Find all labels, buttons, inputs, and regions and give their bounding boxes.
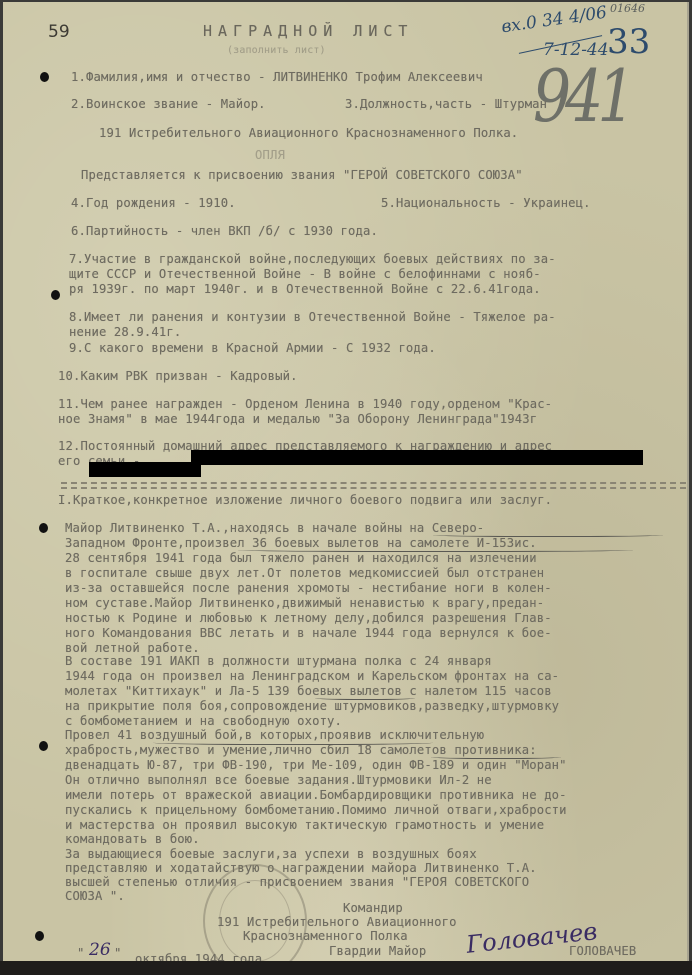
field-position: 3.Должность,часть - Штурман	[345, 97, 547, 111]
narrative-line: на прикрытие поля боя,сопровождение штур…	[65, 699, 559, 713]
date-quote-open: "	[77, 946, 85, 960]
handwritten-corner-number: 01646	[610, 2, 645, 15]
scan-bottom-edge	[0, 961, 692, 975]
narrative-line: представляю и ходатайствую о награждении…	[65, 861, 537, 875]
field-party: 6.Партийность - член ВКП /б/ с 1930 года…	[71, 224, 378, 238]
pen-underline	[315, 695, 415, 700]
narrative-line: ном суставе.Майор Литвиненко,движимый не…	[65, 596, 544, 610]
handwritten-archive-ref: вх.0 34 4/06	[500, 3, 608, 38]
signature-unit-1: 191 Истребительного Авиационного	[217, 915, 457, 929]
punch-hole	[35, 931, 44, 941]
narrative-line: командовать в бою.	[65, 832, 200, 846]
field-full-name: 1.Фамилия,имя и отчество - ЛИТВИНЕНКО Тр…	[71, 70, 483, 84]
narrative-line: За выдающиеся боевые заслуги,за успехи в…	[65, 847, 477, 861]
handwritten-large-number: 941	[533, 55, 630, 139]
narrative-line: в госпитале свыше двух лет.От полетов ме…	[65, 566, 544, 580]
punch-hole	[51, 290, 60, 300]
field-nationality: 5.Национальность - Украинец.	[381, 196, 591, 210]
field-rank: 2.Воинское звание - Майор.	[71, 97, 266, 111]
nomination-line: Представляется к присвоению звания "ГЕРО…	[81, 168, 523, 182]
field-wounds-1: 8.Имеет ли ранения и контузии в Отечеств…	[69, 310, 556, 324]
field-combat-participation-3: ря 1939г. по март 1940г. и в Отечественн…	[69, 282, 541, 296]
narrative-line: и мастерства он проявил высокую тактичес…	[65, 818, 544, 832]
faint-stamp-text: ОПЛЯ	[255, 148, 285, 162]
narrative-line: ностью к Родине и любовью к летному делу…	[65, 611, 552, 625]
signature-rank: Гвардии Майор	[329, 944, 426, 958]
signature-unit-2: Краснознаменного Полка	[243, 929, 408, 943]
narrative-line: 1944 года он произвел на Ленинградском и…	[65, 669, 559, 683]
signature-title: Командир	[343, 901, 403, 915]
pen-underline	[431, 754, 561, 759]
redaction-bar	[89, 462, 201, 477]
narrative-line: СОЮЗА ".	[65, 889, 125, 903]
narrative-line: ного Командования ВВС летать и в начале …	[65, 626, 552, 640]
field-wounds-2: нение 28.9.41г.	[69, 325, 181, 339]
pen-underline	[153, 739, 433, 745]
punch-hole	[39, 741, 48, 751]
narrative-line: имели потерь от вражеской авиации.Бомбар…	[65, 788, 567, 802]
field-birth-year: 4.Год рождения - 1910.	[71, 196, 236, 210]
date-day-handwritten: 26	[89, 940, 111, 960]
section-divider	[61, 482, 686, 489]
narrative-line: вой летной работе.	[65, 641, 200, 655]
narrative-line: Майор Литвиненко Т.А.,находясь в начале …	[65, 521, 484, 535]
pen-underline	[433, 532, 663, 537]
narrative-line: молетах "Киттихаук" и Ла-5 139 боевых вы…	[65, 684, 552, 698]
punch-hole	[40, 72, 49, 82]
sheet-number: 59	[48, 22, 70, 42]
narrative-line: 28 сентября 1941 года был тяжело ранен и…	[65, 551, 537, 565]
narrative-line: В составе 191 ИАКП в должности штурмана …	[65, 654, 492, 668]
redaction-bar	[191, 450, 643, 465]
document-title: НАГРАДНОЙ ЛИСТ	[203, 22, 413, 40]
punch-hole	[39, 523, 48, 533]
pen-underline	[238, 547, 633, 552]
field-previous-awards-2: ное Знамя" в мае 1944года и медалью "За …	[58, 412, 537, 426]
section-heading: I.Краткое,конкретное изложение личного б…	[58, 493, 552, 507]
narrative-line: пускались к прицельному бомбометанию.Пом…	[65, 803, 567, 817]
date-quote-close: "	[114, 946, 122, 960]
field-previous-awards-1: 11.Чем ранее награжден - Орденом Ленина …	[58, 397, 552, 411]
document-subtitle: (заполнить лист)	[227, 45, 326, 56]
field-combat-participation-2: щите СССР и Отечественной Войне - В войн…	[69, 267, 541, 281]
field-army-since: 9.С какого времени в Красной Армии - С 1…	[69, 341, 436, 355]
narrative-line: двенадцать Ю-87, три ФВ-190, три Ме-109,…	[65, 758, 567, 772]
award-sheet-page: 59 НАГРАДНОЙ ЛИСТ (заполнить лист) 01646…	[3, 2, 689, 966]
field-unit: 191 Истребительного Авиационного Красноз…	[99, 126, 518, 140]
narrative-line: Он отлично выполнял все боевые задания.Ш…	[65, 773, 492, 787]
signature-surname: ГОЛОВАЧЕВ	[569, 944, 636, 958]
narrative-line: с бомбометанием и на свободную охоту.	[65, 714, 342, 728]
narrative-line: из-за оставшейся после ранения хромоты -…	[65, 581, 552, 595]
field-combat-participation-1: 7.Участие в гражданской войне,последующи…	[69, 252, 556, 266]
field-draft-office: 10.Каким РВК призван - Кадровый.	[58, 369, 298, 383]
